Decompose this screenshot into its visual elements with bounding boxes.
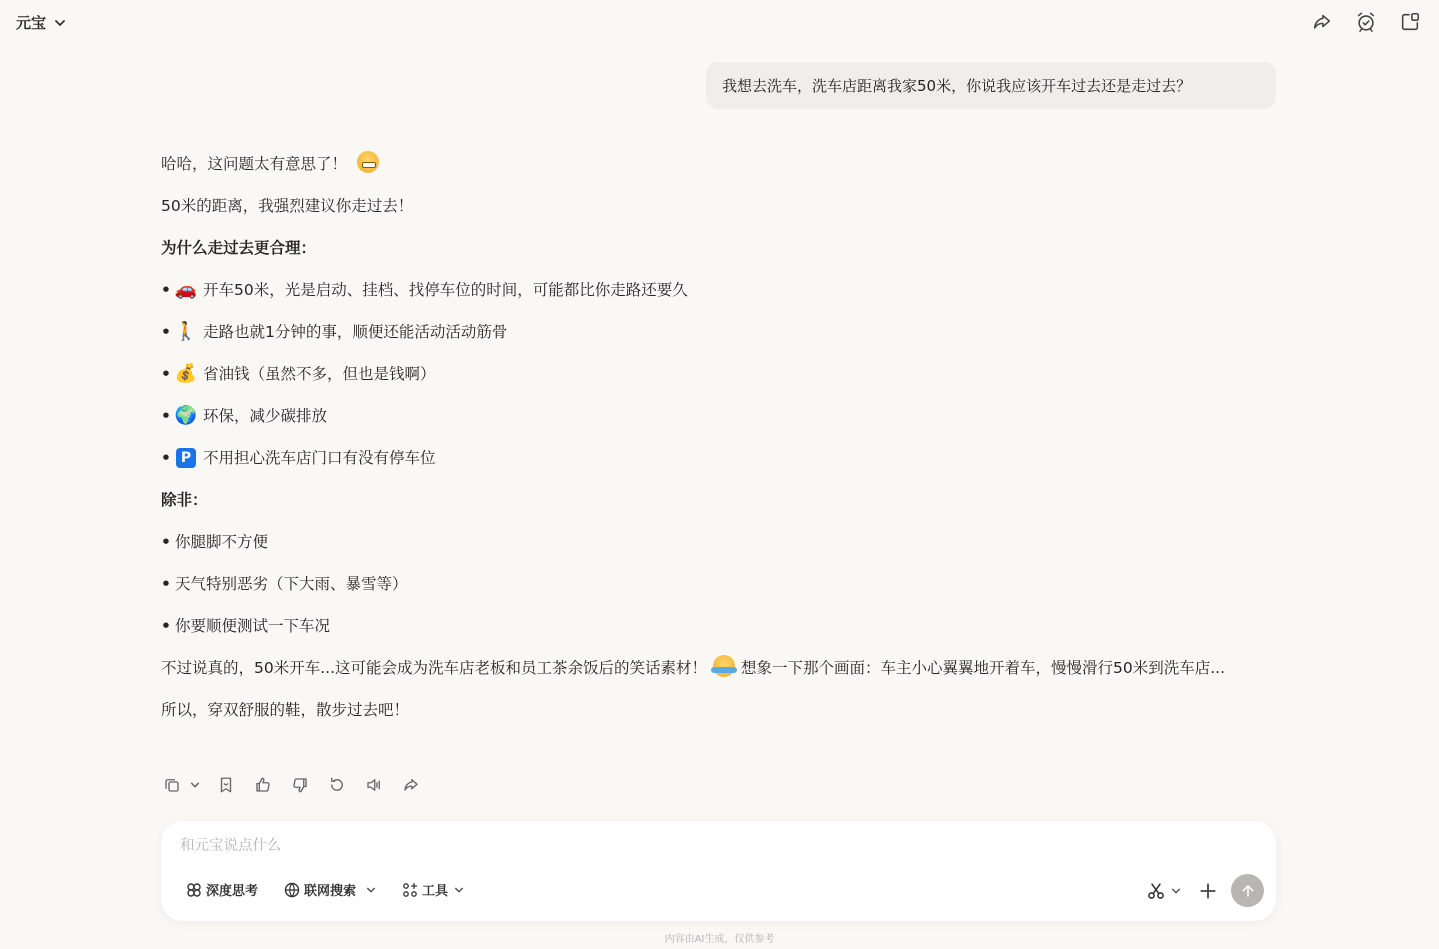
- share-answer-button[interactable]: [400, 774, 422, 796]
- car-emoji-icon: 🚗: [175, 276, 197, 304]
- bullet-dot: •: [161, 612, 169, 640]
- chat-input[interactable]: [180, 835, 1250, 857]
- walking-person-emoji-icon: 🚶: [175, 318, 197, 346]
- answer-joke: 不过说真的，50米开车...这可能会成为洗车店老板和员工茶余饭后的笑话素材！想象…: [161, 654, 1276, 682]
- exception-item: • 你腿脚不方便: [161, 528, 1276, 556]
- money-bag-emoji-icon: 💰: [175, 360, 197, 388]
- share-button[interactable]: [1309, 9, 1335, 35]
- user-message-bubble: 我想去洗车，洗车店距离我家50米，你说我应该开车过去还是走过去？: [706, 62, 1276, 109]
- new-chat-icon: [1399, 11, 1421, 33]
- reason-item: • 🌍 环保，减少碳排放: [161, 402, 1276, 430]
- alarm-clock-icon: [1355, 11, 1377, 33]
- deep-think-icon: [186, 882, 202, 898]
- speaker-icon: [365, 776, 383, 794]
- reason-item: • 🚶 走路也就1分钟的事，顺便还能活动活动筋骨: [161, 318, 1276, 346]
- deep-think-button[interactable]: 深度思考: [186, 880, 258, 899]
- dislike-button[interactable]: [289, 774, 311, 796]
- model-selector[interactable]: 元宝: [16, 12, 66, 33]
- web-search-button[interactable]: 联网搜索: [284, 880, 376, 899]
- thumbs-up-icon: [254, 776, 272, 794]
- bullet-dot: •: [161, 444, 169, 472]
- send-button[interactable]: [1231, 874, 1264, 907]
- model-name: 元宝: [16, 12, 46, 33]
- copy-options-button[interactable]: [190, 774, 200, 796]
- share-icon: [1311, 11, 1333, 33]
- read-aloud-button[interactable]: [363, 774, 385, 796]
- bookmark-icon: [217, 776, 235, 794]
- message-composer: 深度思考 联网搜索 工具: [161, 821, 1276, 921]
- bullet-dot: •: [161, 528, 169, 556]
- bullet-dot: •: [161, 570, 169, 598]
- bullet-dot: •: [161, 402, 169, 430]
- globe-icon: [284, 882, 300, 898]
- reasons-heading: 为什么走过去更合理：: [161, 234, 1276, 262]
- plus-icon: [1199, 882, 1217, 900]
- chevron-down-icon[interactable]: [1171, 886, 1181, 896]
- unless-heading: 除非：: [161, 486, 1276, 514]
- grinning-face-emoji-icon: [357, 151, 379, 173]
- copy-icon: [163, 776, 181, 794]
- refresh-icon: [328, 776, 346, 794]
- copy-button[interactable]: [161, 774, 183, 796]
- bullet-dot: •: [161, 360, 169, 388]
- regenerate-button[interactable]: [326, 774, 348, 796]
- assistant-message: 哈哈，这问题太有意思了！ 50米的距离，我强烈建议你走过去！ 为什么走过去更合理…: [161, 150, 1276, 738]
- answer-recommendation: 50米的距离，我强烈建议你走过去！: [161, 192, 1276, 220]
- reason-item: • 💰 省油钱（虽然不多，但也是钱啊）: [161, 360, 1276, 388]
- new-chat-button[interactable]: [1397, 9, 1423, 35]
- chevron-down-icon: [190, 780, 200, 790]
- reason-item: • P 不用担心洗车店门口有没有停车位: [161, 444, 1276, 472]
- like-button[interactable]: [252, 774, 274, 796]
- bullet-dot: •: [161, 276, 169, 304]
- bookmark-button[interactable]: [215, 774, 237, 796]
- message-actions: [161, 774, 422, 796]
- tears-of-joy-emoji-icon: [713, 655, 735, 677]
- screenshot-button[interactable]: [1147, 882, 1181, 900]
- thumbs-down-icon: [291, 776, 309, 794]
- chevron-down-icon[interactable]: [366, 885, 376, 895]
- answer-conclusion: 所以，穿双舒服的鞋，散步过去吧！: [161, 696, 1276, 724]
- reason-item: • 🚗 开车50米，光是启动、挂档、找停车位的时间，可能都比你走路还要久: [161, 276, 1276, 304]
- reminder-button[interactable]: [1353, 9, 1379, 35]
- scissors-icon: [1147, 882, 1165, 900]
- apps-grid-icon: [402, 882, 418, 898]
- globe-emoji-icon: 🌍: [175, 402, 197, 430]
- exception-item: • 你要顺便测试一下车况: [161, 612, 1276, 640]
- share-icon: [402, 776, 420, 794]
- ai-disclaimer: 内容由AI生成，仅供参考: [0, 930, 1439, 945]
- user-message-text: 我想去洗车，洗车店距离我家50米，你说我应该开车过去还是走过去？: [722, 75, 1191, 96]
- parking-emoji-icon: P: [176, 448, 196, 468]
- answer-intro: 哈哈，这问题太有意思了！: [161, 150, 1276, 178]
- attach-button[interactable]: [1199, 882, 1217, 900]
- tools-button[interactable]: 工具: [402, 880, 464, 899]
- bullet-dot: •: [161, 318, 169, 346]
- arrow-up-icon: [1240, 883, 1256, 899]
- chevron-down-icon: [454, 885, 464, 895]
- chevron-down-icon: [54, 17, 66, 29]
- top-bar: 元宝: [0, 0, 1439, 44]
- exception-item: • 天气特别恶劣（下大雨、暴雪等）: [161, 570, 1276, 598]
